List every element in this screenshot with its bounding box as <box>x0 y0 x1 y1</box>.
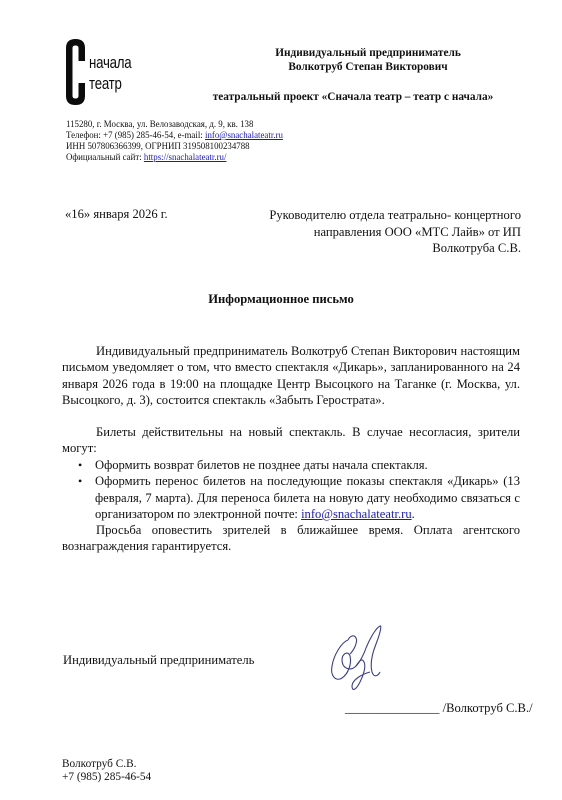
email-link[interactable]: info@snachalateatr.ru <box>205 130 283 140</box>
list-item: Оформить перенос билетов на последующие … <box>95 473 520 522</box>
paragraph-text: Билеты действительны на новый спектакль.… <box>62 424 520 457</box>
letterhead-project: театральный проект «Сначала театр – теат… <box>203 90 503 104</box>
addressee: Руководителю отдела театрально- концертн… <box>201 207 521 257</box>
site-label: Официальный сайт: <box>66 152 144 162</box>
logo-word-nachala: начала <box>89 53 131 72</box>
logo-letter-c-icon <box>64 38 87 106</box>
body-paragraph-2: Билеты действительны на новый спектакль.… <box>62 424 520 457</box>
email-link[interactable]: info@snachalateatr.ru <box>301 507 412 521</box>
footer-phone: +7 (985) 285-46-54 <box>62 771 151 784</box>
website-link[interactable]: https://snachalateatr.ru/ <box>144 152 227 162</box>
document-title: Информационное письмо <box>0 292 562 307</box>
addressee-line-3: Волкотруба С.В. <box>201 240 521 257</box>
options-list: Оформить возврат билетов не позднее даты… <box>62 457 520 522</box>
addressee-line-1: Руководителю отдела театрально- концертн… <box>201 207 521 224</box>
handwritten-signature-icon <box>320 620 390 695</box>
contact-site: Официальный сайт: https://snachalateatr.… <box>66 152 226 163</box>
signature-label: Индивидуальный предприниматель <box>63 653 254 668</box>
list-item-suffix: . <box>412 507 415 521</box>
logo-word-teatr: театр <box>89 74 122 93</box>
letterhead-line-2: Волкотруб Степан Викторович <box>222 60 514 74</box>
letterhead-line-1: Индивидуальный предприниматель <box>222 46 514 60</box>
body-paragraph-3: Просьба оповестить зрителей в ближайшее … <box>62 522 520 555</box>
contact-phone-email: Телефон: +7 (985) 285-46-54, e-mail: inf… <box>66 130 283 141</box>
signature-line: _______________ /Волкотруб С.В./ <box>345 701 533 716</box>
paragraph-text: Индивидуальный предприниматель Волкотруб… <box>62 343 520 408</box>
contact-phone: Телефон: +7 (985) 285-46-54, e-mail: <box>66 130 205 140</box>
list-item-text: Оформить возврат билетов не позднее даты… <box>95 458 428 472</box>
letter-date: «16» января 2026 г. <box>65 207 168 222</box>
body-paragraph-1: Индивидуальный предприниматель Волкотруб… <box>62 343 520 408</box>
contact-address: 115280, г. Москва, ул. Велозаводская, д.… <box>66 119 253 130</box>
addressee-line-2: направления ООО «МТС Лайв» от ИП <box>201 224 521 241</box>
footer-name: Волкотруб С.В. <box>62 758 136 771</box>
contact-inn: ИНН 507806366399, ОГРНИП 319508100234788 <box>66 141 250 152</box>
paragraph-text: Просьба оповестить зрителей в ближайшее … <box>62 522 520 555</box>
list-item: Оформить возврат билетов не позднее даты… <box>95 457 520 473</box>
